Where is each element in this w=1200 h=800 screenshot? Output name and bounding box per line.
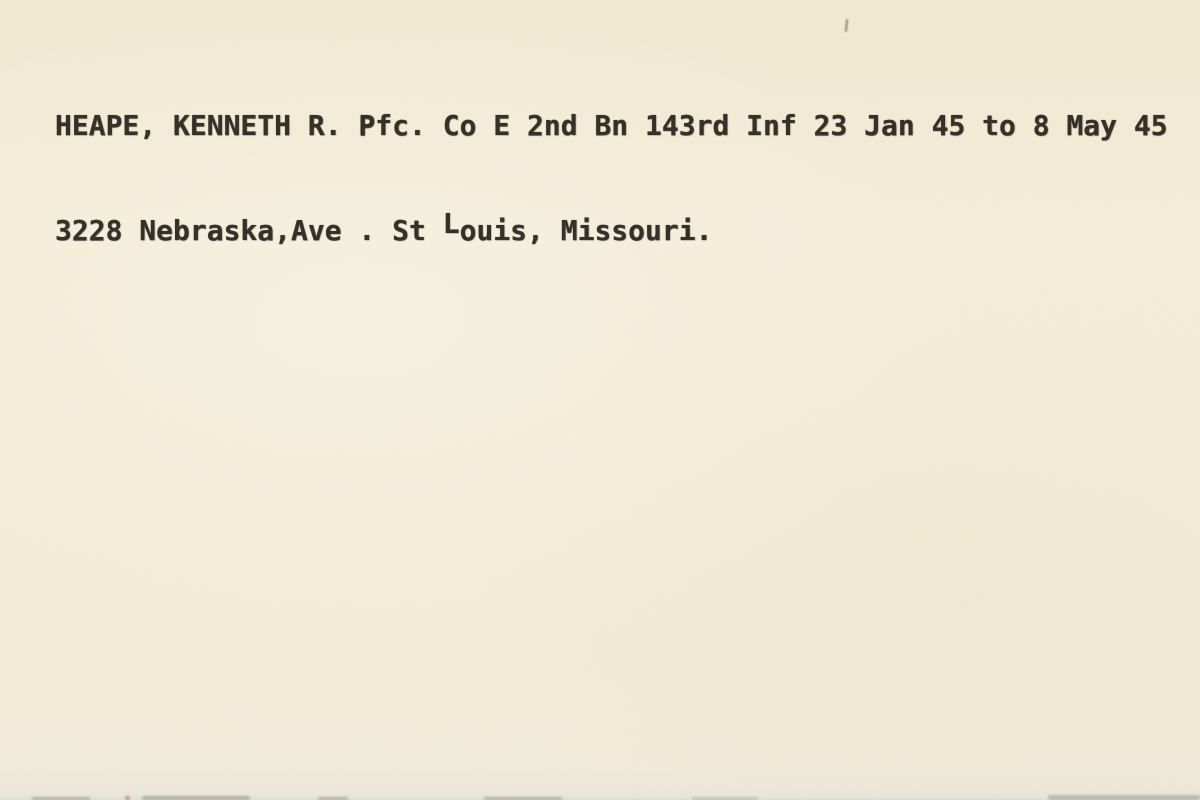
scanned-index-card: HEAPE, KENNETH R. Pfc. Co E 2nd Bn 143rd…	[0, 0, 1200, 800]
edge-smudge	[1048, 795, 1200, 800]
typewritten-line-1: HEAPE, KENNETH R. Pfc. Co E 2nd Bn 143rd…	[55, 108, 1168, 143]
stray-ink-mark	[844, 19, 848, 32]
address-before-raised: 3228 Nebraska,Ave . St	[55, 214, 443, 247]
serviceman-name: HEAPE, KENNETH R.	[55, 109, 358, 142]
rank-unit-and-dates: fc. Co E 2nd Bn 143rd Inf 23 Jan 45 to 8…	[375, 109, 1167, 142]
scan-bottom-edge	[0, 793, 1200, 800]
edge-ink-dot	[125, 796, 130, 800]
address-after-raised: ouis, Missouri.	[460, 214, 713, 247]
edge-smudge	[142, 796, 250, 800]
typewritten-line-2: 3228 Nebraska,Ave . St Louis, Missouri.	[55, 213, 1168, 248]
typewritten-text-block: HEAPE, KENNETH R. Pfc. Co E 2nd Bn 143rd…	[55, 38, 1168, 318]
rank-overstruck-letter: P	[358, 109, 375, 142]
raised-letter: L	[443, 207, 460, 240]
